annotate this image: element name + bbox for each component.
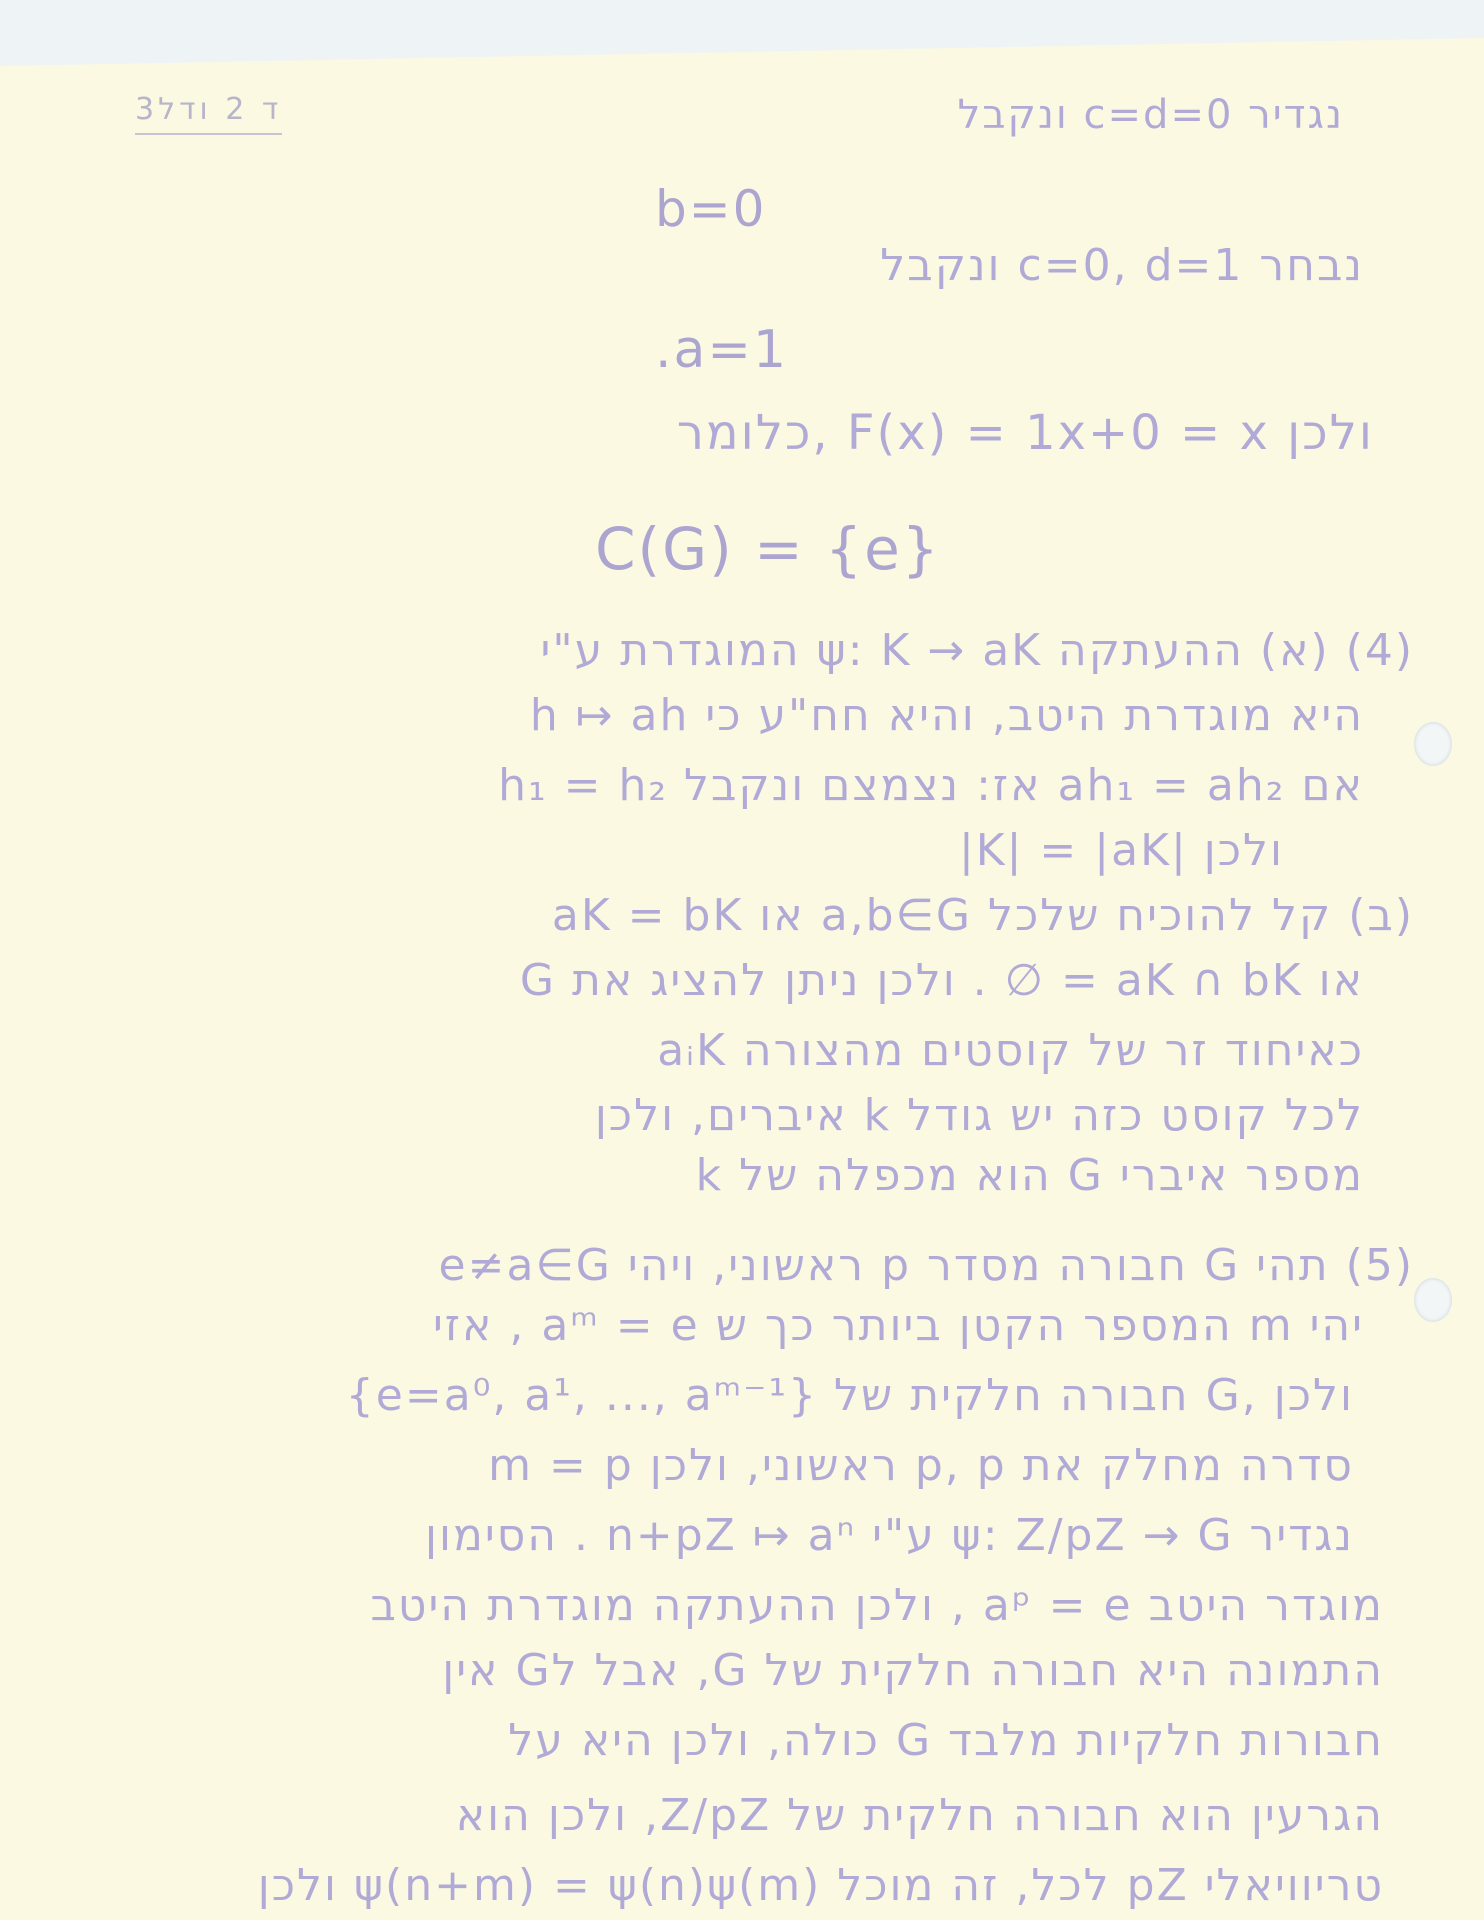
handwritten-math-a1: .a=1 [655,320,788,380]
handwritten-line-19: סדרה מחלק את p, p ראשוני, ולכן m = p [488,1440,1354,1491]
page-header-note: 3ד 2 ודל [135,92,282,135]
handwritten-line-23: חבורות חלקיות מלבד G כולה, ולכן היא על [508,1715,1384,1766]
handwritten-line-13: כאיחוד זר של קוסטים מהצורה aᵢK [657,1025,1364,1076]
handwritten-line-21: מוגדר היטב aᵖ = e , ולכן ההעתקה מוגדרת ה… [370,1580,1384,1631]
handwritten-line-12: או aK ∩ bK = ∅ . ולכן ניתן להציג את G [520,955,1364,1006]
handwritten-line-11: (ב) קל להוכיח שלכל a,b∈G או aK = bK [552,890,1414,941]
punch-hole-lower [1414,1278,1452,1322]
handwritten-line-25: טריוויאלי pZ לכל, זה מוכל ψ(n+m) = ψ(n)ψ… [258,1860,1384,1911]
handwritten-line-24: הגרעין הוא חבורה חלקית של Z/pZ, ולכן הוא [456,1790,1384,1841]
handwritten-line-9: אם ah₁ = ah₂ אז: נצמצם ונקבל h₁ = h₂ [498,760,1364,811]
handwritten-line-8: h ↦ ah היא מוגדרת היטב, והיא חח"ע כי [530,690,1364,741]
handwritten-line-5: ולכן F(x) = 1x+0 = x ,כלומר [677,405,1374,461]
handwritten-line-18: {e=a⁰, a¹, ..., aᵐ⁻¹} חבורה חלקית של G, … [346,1370,1354,1421]
handwritten-line-10: ולכן |K| = |aK| [959,825,1284,876]
handwritten-line-7: (4) (א) ההעתקה ψ: K → aK המוגדרת ע"י [541,625,1414,676]
handwritten-line-3: נבחר c=0, d=1 ונקבל [880,240,1364,291]
handwritten-line-1: נגדיר c=d=0 ונקבל [958,92,1344,138]
handwritten-line-16: (5) תהי G חבורה מסדר p ראשוני, ויהי e≠a∈… [439,1240,1414,1291]
handwritten-line-15: מספר איברי G הוא מכפלה של k [696,1150,1364,1201]
handwritten-line-17: יהי m המספר הקטן ביותר כך ש aᵐ = e , אזי [433,1300,1364,1351]
handwritten-math-b0: b=0 [655,180,766,238]
handwritten-line-14: לכל קוסט כזה יש גודל k איברים, ולכן [595,1090,1364,1141]
handwritten-line-20: נגדיר ψ: Z/pZ → G ע"י n+pZ ↦ aⁿ . הסימון [425,1510,1354,1561]
handwritten-line-22: התמונה היא חבורה חלקית של G, אבל לG אין [442,1645,1384,1696]
handwritten-math-center: C(G) = {e} [595,515,941,583]
punch-hole-upper [1414,722,1452,766]
